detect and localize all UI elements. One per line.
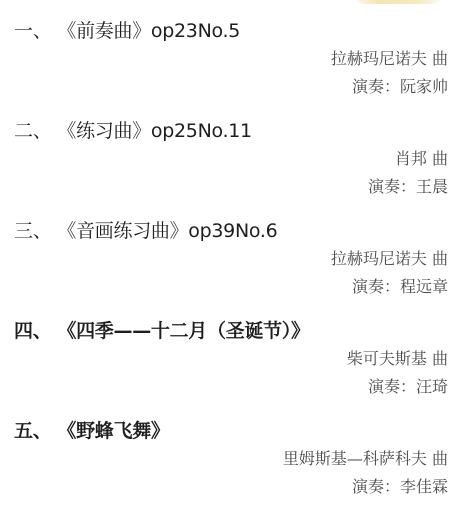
piece-title: 《前奏曲》op23No.5 [57,20,240,42]
program-title: 二、《练习曲》op25No.11 [14,118,252,144]
program-title: 五、《野蜂飞舞》 [14,418,170,444]
program-number: 三、 [14,218,51,244]
program-title: 四、《四季——十二月（圣诞节）》 [14,318,310,344]
performer-credit: 演奏：王晨 [368,176,448,198]
composer-credit: 里姆斯基—科萨科夫 曲 [283,448,448,470]
program-number: 五、 [14,418,51,444]
composer-credit: 肖邦 曲 [395,148,448,170]
gold-ornament-icon [348,0,448,4]
performer-credit: 演奏：汪琦 [368,376,448,398]
piece-title: 《音画练习曲》op39No.6 [57,220,277,242]
piece-title: 《野蜂飞舞》 [57,420,169,442]
program-number: 一、 [14,18,51,44]
program-title: 三、《音画练习曲》op39No.6 [14,218,277,244]
piece-title: 《四季——十二月（圣诞节）》 [57,320,309,342]
program-number: 四、 [14,318,51,344]
program-number: 二、 [14,118,51,144]
performer-credit: 演奏：程远章 [352,276,448,298]
composer-credit: 拉赫玛尼诺夫 曲 [331,248,448,270]
composer-credit: 柴可夫斯基 曲 [347,348,448,370]
composer-credit: 拉赫玛尼诺夫 曲 [331,48,448,70]
performer-credit: 演奏：李佳霖 [352,476,448,498]
piece-title: 《练习曲》op25No.11 [57,120,251,142]
program-title: 一、《前奏曲》op23No.5 [14,18,240,44]
performer-credit: 演奏：阮家帅 [352,76,448,98]
